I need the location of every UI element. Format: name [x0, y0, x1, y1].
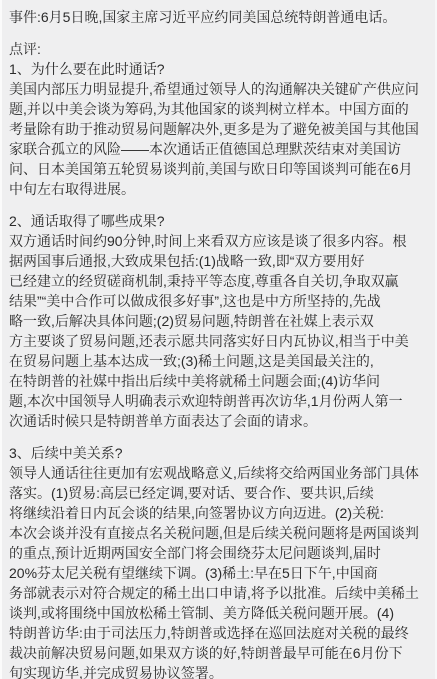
section-3-heading: 3、后续中美关系?	[9, 443, 432, 463]
section-2-heading: 2、通话取得了哪些成果?	[9, 211, 432, 231]
review-section-2: 2、通话取得了哪些成果? 双方通话时间约90分钟,时间上来看双方应该是谈了很多内…	[9, 211, 432, 431]
document-body: 事件:6月5日晚,国家主席习近平应约同美国总统特朗普通电话。 点评: 1、为什么…	[0, 0, 437, 679]
review-label: 点评:	[9, 39, 432, 59]
event-line: 事件:6月5日晚,国家主席习近平应约同美国总统特朗普通电话。	[9, 7, 432, 27]
review-section-1: 点评: 1、为什么要在此时通话? 美国内部压力明显提升,希望通过领导人的沟通解决…	[9, 39, 432, 199]
section-1-heading: 1、为什么要在此时通话?	[9, 59, 432, 79]
review-section-3: 3、后续中美关系? 领导人通话往往更加有宏观战略意义,后续将交给两国业务部门具体…	[9, 443, 432, 679]
section-3-body: 领导人通话往往更加有宏观战略意义,后续将交给两国业务部门具体 落实。(1)贸易:…	[9, 463, 432, 679]
section-2-body: 双方通话时间约90分钟,时间上来看双方应该是谈了很多内容。根 据两国事后通报,大…	[9, 231, 432, 431]
section-1-body: 美国内部压力明显提升,希望通过领导人的沟通解决关键矿产供应问 题,并以中美会谈为…	[9, 79, 432, 199]
